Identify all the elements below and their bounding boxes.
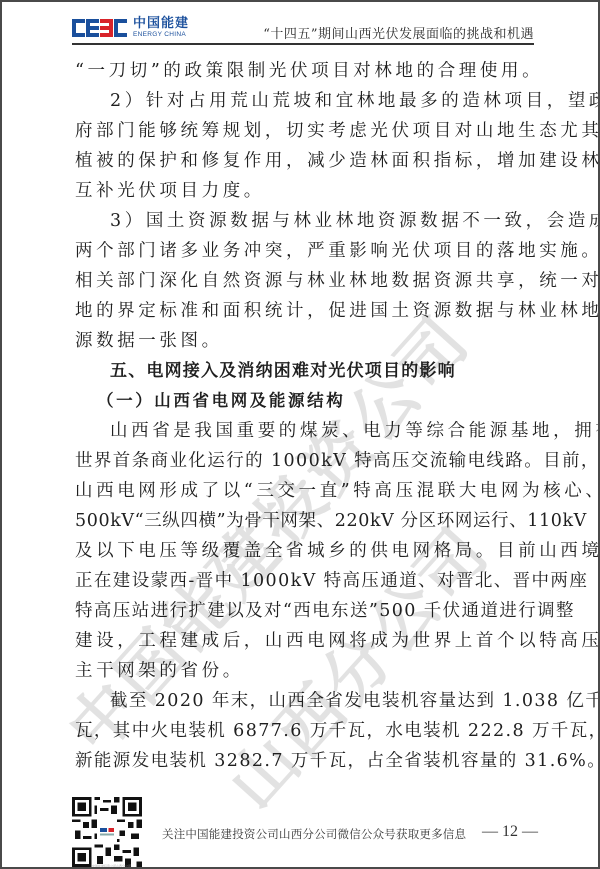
- text-line: 世界首条商业化运行的 1000kV 特高压交流输电线路。目前，: [75, 446, 531, 476]
- text-line: “一刀切”的政策限制光伏项目对林地的合理使用。: [75, 56, 531, 86]
- text-line: 互补光伏项目力度。: [75, 176, 531, 206]
- text-line: 及以下电压等级覆盖全省城乡的供电网格局。目前山西境内: [75, 536, 531, 566]
- text-line: 府部门能够统筹规划，切实考虑光伏项目对山地生态尤其是: [75, 116, 531, 146]
- text-line: 500kV“三纵四横”为骨干网架、220kV 分区环网运行、110kV: [75, 506, 531, 536]
- logo-chinese-name: 中国能建: [133, 17, 189, 30]
- ceec-logo-icon: [72, 19, 127, 37]
- footer-follow-text: 关注中国能建投资公司山西分公司微信公众号获取更多信息: [162, 826, 466, 842]
- text-line: 山西省是我国重要的煤炭、电力等综合能源基地，拥有: [75, 416, 531, 446]
- company-logo: 中国能建 ENERGY CHINA: [72, 16, 189, 40]
- document-page: 中国能建投资公司 山西分公司 中国能建 ENERGY CHINA “十四五”期间…: [0, 0, 600, 869]
- text-line: 山西电网形成了以“三交一直”特高压混联大电网为核心、以: [75, 476, 531, 506]
- text-line: 新能源发电装机 3282.7 万千瓦，占全省装机容量的 31.6%。: [75, 746, 531, 776]
- page-header: 中国能建 ENERGY CHINA “十四五”期间山西光伏发展面临的挑战和机遇: [72, 12, 534, 46]
- body-text: “一刀切”的政策限制光伏项目对林地的合理使用。 2）针对占用荒山荒坡和宜林地最多…: [75, 56, 531, 776]
- document-title: “十四五”期间山西光伏发展面临的挑战和机遇: [263, 23, 534, 42]
- text-line: 特高压站进行扩建以及对“西电东送”500 千伏通道进行调整: [75, 596, 531, 626]
- text-line: 3）国土资源数据与林业林地资源数据不一致，会造成: [75, 206, 531, 236]
- text-line: 瓦，其中火电装机 6877.6 万千瓦，水电装机 222.8 万千瓦，: [75, 716, 531, 746]
- text-line: 主干网架的省份。: [75, 656, 531, 686]
- text-line: 相关部门深化自然资源与林业林地数据资源共享，统一对林: [75, 266, 531, 296]
- text-line: 地的界定标准和面积统计，促进国土资源数据与林业林地资: [75, 296, 531, 326]
- qr-code-icon[interactable]: [72, 797, 142, 867]
- text-line: 植被的保护和修复作用，减少造林面积指标，增加建设林光: [75, 146, 531, 176]
- page-number: — 12 —: [482, 823, 538, 841]
- text-line: 正在建设蒙西-晋中 1000kV 特高压通道、对晋北、晋中两座: [75, 566, 531, 596]
- text-line: 建设，工程建成后，山西电网将成为世界上首个以特高压为: [75, 626, 531, 656]
- text-line: 截至 2020 年末，山西全省发电装机容量达到 1.038 亿千: [75, 686, 531, 716]
- header-divider: [72, 43, 534, 45]
- subsection-heading: （一）山西省电网及能源结构: [75, 386, 531, 416]
- qr-caption: 中国能建投资公司山西分公司: [92, 864, 131, 868]
- logo-english-name: ENERGY CHINA: [133, 32, 189, 39]
- section-heading: 五、电网接入及消纳困难对光伏项目的影响: [75, 356, 531, 386]
- text-line: 2）针对占用荒山荒坡和宜林地最多的造林项目，望政: [75, 86, 531, 116]
- text-line: 源数据一张图。: [75, 326, 531, 356]
- text-line: 两个部门诸多业务冲突，严重影响光伏项目的落地实施。望: [75, 236, 531, 266]
